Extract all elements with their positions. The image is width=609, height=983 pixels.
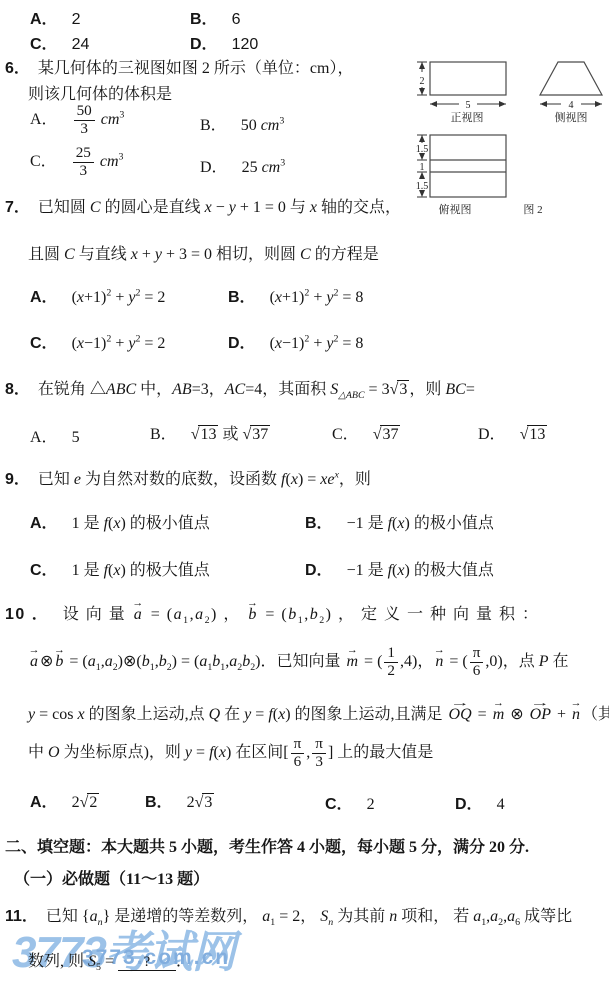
question-8-option-c: C．√37 — [332, 421, 400, 444]
front-width-label: 5 — [466, 100, 471, 111]
option-value: 1 是 f(x) 的极大值点 — [72, 562, 210, 579]
option-label: D． — [478, 426, 506, 443]
question-text: 在锐角 △ABC 中，AB=3，AC=4，其面积 S△ABC = 3√3，则 B… — [38, 381, 475, 398]
option-value: 2 — [367, 796, 375, 813]
option-label: B． — [305, 515, 333, 532]
question-7-option-a: A．(x+1)2 + y2 = 2 — [30, 284, 165, 307]
option-label: B． — [145, 794, 173, 811]
question-10-option-a: A．2√2 — [30, 789, 99, 812]
question-number: 8． — [5, 381, 30, 398]
option-label: A． — [30, 429, 58, 446]
option-value: (x−1)2 + y2 = 2 — [72, 335, 166, 352]
side-width-label: 4 — [569, 100, 574, 111]
question-9-option-b: B．−1 是 f(x) 的极小值点 — [305, 510, 494, 533]
carryover-option-d: D．120 — [190, 31, 258, 54]
question-9-option-d: D．−1 是 f(x) 的极大值点 — [305, 557, 494, 580]
option-label: A． — [30, 289, 58, 306]
option-value: (x+1)2 + y2 = 2 — [72, 289, 166, 306]
option-value: 503 cm3 — [72, 111, 125, 128]
exam-page: 3773考试网 3773.com.cn A．2 B．6 C．24 D．120 6… — [0, 0, 609, 983]
question-7-line-2: 且圆 C 与直线 x + y + 3 = 0 相切，则圆 C 的方程是 — [28, 241, 379, 264]
option-value: −1 是 f(x) 的极小值点 — [347, 515, 494, 532]
question-number: 11． — [5, 908, 38, 925]
option-label: D． — [190, 36, 218, 53]
top-view-caption: 俯视图 — [439, 203, 472, 216]
question-6-line-2: 则该几何体的体积是 — [28, 81, 172, 104]
question-number: 10 ． — [5, 606, 49, 623]
question-7-option-b: B．(x+1)2 + y2 = 8 — [228, 284, 363, 307]
question-6-option-b: B．50 cm3 — [200, 112, 284, 135]
question-number: 9． — [5, 471, 30, 488]
question-10-option-c: C．2 — [325, 791, 375, 814]
top-view-rect — [430, 135, 506, 197]
question-9-option-c: C．1 是 f(x) 的极大值点 — [30, 557, 210, 580]
carryover-option-a: A．2 — [30, 6, 80, 29]
option-label: B． — [228, 289, 256, 306]
option-value: √13 或 √37 — [191, 425, 271, 443]
front-height-label: 2 — [420, 76, 425, 87]
question-7-line-1: 7．已知圆 C 的圆心是直线 x − y + 1 = 0 与 x 轴的交点， — [5, 194, 401, 217]
option-label: C． — [325, 796, 353, 813]
option-value: (x+1)2 + y2 = 8 — [270, 289, 364, 306]
front-view-caption: 正视图 — [451, 111, 484, 124]
option-label: A． — [30, 111, 58, 128]
question-11-line-2: 数列, 则 S5 = ?． — [28, 948, 192, 971]
option-label: A． — [30, 515, 58, 532]
question-8-option-d: D．√13 — [478, 421, 547, 444]
option-value: 2√2 — [72, 793, 100, 811]
option-value: (x−1)2 + y2 = 8 — [270, 335, 364, 352]
front-view-rect — [430, 62, 506, 95]
option-value: 50 cm3 — [241, 117, 285, 134]
option-label: D． — [200, 159, 228, 176]
option-value: 2 — [72, 11, 81, 28]
side-view-caption: 侧视图 — [555, 111, 588, 124]
option-value: 24 — [72, 36, 90, 53]
option-value: 4 — [497, 796, 505, 813]
option-label: B． — [150, 426, 177, 443]
question-10-line-1: 10 ． 设 向 量 a = (a1,a2) ， b = (b1,b2) ， 定… — [5, 601, 539, 624]
question-9-option-a: A．1 是 f(x) 的极小值点 — [30, 510, 210, 533]
question-10-line-3: y = cos x 的图象上运动,点 Q 在 y = f(x) 的图象上运动,且… — [28, 701, 609, 724]
option-value: 2√3 — [187, 793, 215, 811]
option-label: D． — [305, 562, 333, 579]
option-value: √37 — [373, 425, 401, 443]
option-label: D． — [228, 335, 256, 352]
figure-caption: 图 2 — [523, 203, 542, 216]
question-text: 已知圆 C 的圆心是直线 x − y + 1 = 0 与 x 轴的交点， — [38, 199, 401, 216]
question-6-option-a: A．503 cm3 — [30, 103, 124, 137]
option-label: C． — [332, 426, 359, 443]
question-text: 已知 e 为自然对数的底数，设函数 f(x) = xex，则 — [38, 471, 371, 488]
option-label: D． — [455, 796, 483, 813]
option-label: C． — [30, 153, 57, 170]
question-8-option-b: B．√13 或 √37 — [150, 421, 270, 444]
question-text: 某几何体的三视图如图 2 所示（单位：cm）， — [38, 60, 354, 77]
question-11-line-1: 11．已知 {an} 是递增的等差数列， a1 = 2， Sn 为其前 n 项和… — [5, 903, 572, 926]
side-view-trapezoid — [540, 62, 602, 95]
option-label: B． — [190, 11, 218, 28]
carryover-option-c: C．24 — [30, 31, 89, 54]
option-value: 120 — [232, 36, 259, 53]
top-row2-label: 1 — [420, 162, 425, 173]
question-6-line-1: 6．某几何体的三视图如图 2 所示（单位：cm）， — [5, 55, 353, 78]
option-value: 1 是 f(x) 的极小值点 — [72, 515, 210, 532]
question-10-option-b: B．2√3 — [145, 789, 214, 812]
question-number: 7． — [5, 199, 30, 216]
option-label: C． — [30, 36, 58, 53]
section-2-header: 二、填空题：本大题共 5 小题，考生作答 4 小题，每小题 5 分，满分 20 … — [5, 834, 529, 857]
option-label: B． — [200, 117, 227, 134]
carryover-option-b: B．6 — [190, 6, 240, 29]
question-6-option-c: C．253 cm3 — [30, 145, 123, 179]
question-7-option-c: C．(x−1)2 + y2 = 2 — [30, 330, 165, 353]
question-8-line: 8．在锐角 △ABC 中，AB=3，AC=4，其面积 S△ABC = 3√3，则… — [5, 376, 475, 399]
figure-three-views: 2 5 正视图 4 侧视图 1.5 1 1.5 俯视图 图 2 — [403, 47, 609, 219]
question-10-option-d: D．4 — [455, 791, 505, 814]
question-number: 6． — [5, 60, 30, 77]
question-text: 已知 {an} 是递增的等差数列， a1 = 2， Sn 为其前 n 项和， 若… — [46, 908, 572, 925]
option-value: 5 — [72, 429, 80, 446]
option-label: C． — [30, 562, 58, 579]
question-10-line-4: 中 O 为坐标原点)，则 y = f(x) 在区间[π6,π3] 上的最大值是 — [28, 736, 433, 770]
question-9-line: 9．已知 e 为自然对数的底数，设函数 f(x) = xex，则 — [5, 466, 371, 489]
question-7-option-d: D．(x−1)2 + y2 = 8 — [228, 330, 363, 353]
option-label: A． — [30, 11, 58, 28]
question-10-line-2: a⊗b = (a1,a2)⊗(b1,b2) = (a1b1,a2b2)．已知向量… — [28, 645, 569, 679]
option-value: 25 cm3 — [242, 159, 286, 176]
question-6-option-d: D．25 cm3 — [200, 154, 285, 177]
option-label: C． — [30, 335, 58, 352]
option-value: 6 — [232, 11, 241, 28]
option-value: 253 cm3 — [71, 153, 124, 170]
option-value: −1 是 f(x) 的极大值点 — [347, 562, 494, 579]
question-8-option-a: A．5 — [30, 424, 80, 447]
option-value: √13 — [520, 425, 548, 443]
question-text: 设 向 量 a = (a1,a2) ， b = (b1,b2) ， 定 义 一 … — [57, 606, 539, 623]
section-2-subheader: （一）必做题（11～13 题） — [14, 866, 209, 889]
option-label: A． — [30, 794, 58, 811]
